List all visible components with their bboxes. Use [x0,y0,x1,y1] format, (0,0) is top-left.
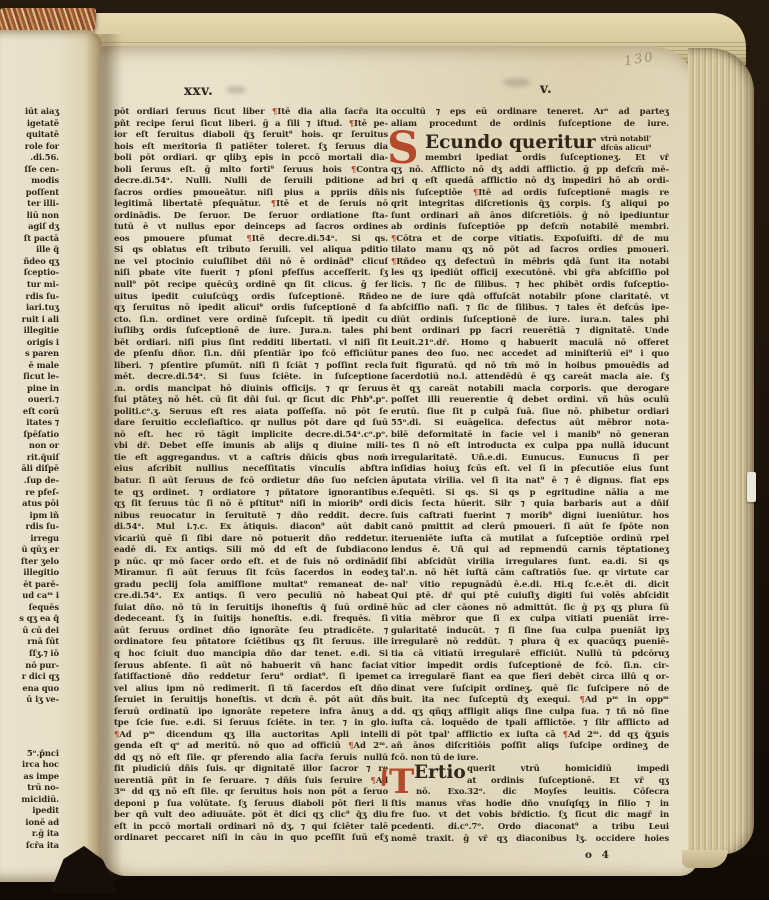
text-line: tie eſt aggregandus. vt a caſtris dñicis… [114,453,388,465]
text-line: ſacerdotiū no.l. attendēdū ē qʒ careāt m… [391,372,669,384]
text-line: ud caᵐ i [0,590,59,602]
text-line: bent ordinari pp ſacri reuerētiā ⁊ digni… [391,326,669,338]
text-line: iūt aiaʒ [0,106,59,118]
text-line: pcedenti. di.cᵒ.7ᵒ. Ordo diaconat⁹ a tri… [391,822,669,834]
question-2-heading-row: Ecundo queritur vtrū notabil' dfcūs alic… [425,130,669,153]
text-line: itates ⁊ [0,417,59,429]
text-line: pñt recipe ſerui ſicut liberi. ḡ a ſili … [114,119,388,131]
text-line: ſibi abſcidūt virilia irregulares ſunt. … [391,557,669,569]
text-line: eſt in pccō mortali ordinari nō dʒ. ⁊ qu… [114,822,388,834]
text-line: role for [0,141,59,153]
text-line: lendus ē. Uñ qui ad repmendū carnis tēpt… [391,545,669,557]
text-line: deponi p ſua volūtate. ſʒ ſeruus diaboli… [114,799,388,811]
ink-setoff-smudge [503,78,531,87]
text-line: genda eſt qᵒ ad meritū. nō quo ad offici… [114,741,388,753]
text-line: ne de iure qdā offuſcāt notabilr pſone c… [391,292,669,304]
text-line: .ſup de- [0,475,59,487]
text-line: ſter ʒelo [0,556,59,568]
text-line: irca hoc [0,759,59,771]
text-line: de pſenſu dñor. ſi.n. dñi pſentiār ipo f… [114,349,388,361]
text-line: iuſta cā. loquēdo de tpali afflictōe. ⁊ … [391,718,669,730]
text-line: 3ᵐ dd̄ qʒ nō eſt ſile. qr ſeruitus hois … [114,787,388,799]
text-line: ū cū dei [0,625,59,637]
text-line: Qui ptē. dr̄ qui ptē cuiuſlʒ digiti ſui … [391,591,669,603]
text-line: liberi. ⁊ pſentire pſumūt. niſi ſi ſciāt… [114,361,388,373]
text-line: gularitatē inducūt. ⁊ ſi ſine ſua culpa … [391,626,669,638]
text-line: ille q̄ [0,244,59,256]
text-line: ſpēſatio [0,429,59,441]
text-line: dd̄ qʒ nō eſt ſile. qr pferendo alia ſac… [114,753,388,765]
text-line: qʒ ſit ſeruus tūc ſi nō ē pſtitut⁹ niſi … [114,499,388,511]
text-line: ſacros ordies pmoueātur. niſi pius a ppr… [114,188,388,200]
text-line: ionē ad [0,817,59,829]
text-line: rdis ſu- [0,521,59,533]
text-line: abſciſſio naſi. ⁊ ſic de ſilibus. ⁊ tale… [391,303,669,315]
text-line: ſui ptāteʒ nō hēt. cū ſit dñi ſui. qr ſi… [114,395,388,407]
text-line: dedeceant. ſʒ in ſuitijs honeſtis. e.di.… [114,614,388,626]
text-line: e.ſequēti. Si qs. Si qs p egritudine nāl… [391,488,669,500]
text-line: cre.di.54ᵃ. Ex antiqs. ſi vero peculiū n… [114,591,388,603]
text-line: fuit figuratū. qd̄ nō tm̄ mō in hoibus p… [391,361,669,373]
text-line: te qʒ ordinet. ⁊ ordiatore ⁊ pñtatore ig… [114,488,388,500]
text-line: irregularitatē. Uñ.e.di. Eunucus. Eunucu… [391,453,669,465]
text-line: gradu peclij ſola amiſſione multat⁹ rema… [114,580,388,592]
running-header-right: v. [540,81,552,97]
text-line: Miramur. ſi aūt ſeruus ſit fcūs ſacerdos… [114,568,388,580]
text-line: legitimā libertatē pſequātur. ¶Itē et̄ d… [114,199,388,211]
text-line: ſequēs [0,602,59,614]
question-2-first-line: membri ipediat ordis ſuſceptioneʒ. Et vr… [391,153,669,165]
text-line: eſt corū [0,406,59,418]
fragment-bottom-lines: 5ᵒ.p̄nciirca hocas impetrū no-micidiū.ip… [0,748,59,852]
text-line: dare ſeruitio eccleſiaſtico. qr nullus p… [114,418,388,430]
text-line: qrit integritas diſcretionis q̄ʒ corpis.… [391,199,669,211]
text-line: as impe [0,771,59,783]
text-line: canō pmittit ad clerū pmoueri. ſi aūt ſe… [391,522,669,534]
text-line: nō pur- [0,660,59,672]
book-photo-stage: xxv. v. 130 o 4 iūt aiaʒigetatēquitatēro… [0,0,769,900]
text-line: ior eſt ſeruitus diaboli q̄ʒ ſeruit⁹ hoi… [114,130,388,142]
text-line: ipm iñ [0,510,59,522]
text-line: q hoc ſciuit duo mancipia dño dar tenet.… [114,649,388,661]
text-line: tal'.n. nō hēt iuſtā cām caſtratiōs ſue.… [391,568,669,580]
text-line: buit. ita nec ſuſceptū dʒ exequi. ¶Ad pᵐ… [391,695,669,707]
text-line: ū qūʒ er [0,544,59,556]
text-line: ſcr̄a ita [0,840,59,852]
text-line: s qʒ ea q̄ [0,613,59,625]
text-line: illegitio [0,567,59,579]
text-line: inſidias hoiuʒ fcūs eſt. vel ſi in pſecu… [391,464,669,476]
text-line: boli ſeruus eſt. ḡ mlto forti⁹ ſeruus ho… [114,165,388,177]
text-line: ordinādis. De ſeruor. De ſeruor ordiatio… [114,211,388,223]
text-line: licis. ⁊ ſic de ſilibus. ⁊ hec phibēt or… [391,280,669,292]
text-line: ſuis caſtrati fuerint ⁊ morib⁹ digni iue… [391,511,669,523]
text-line: vitior impedit ordis ſuſceptionē de fcō.… [391,661,669,673]
text-line: Si qs oblatus eſt tributo ſeruili. vel a… [114,245,388,257]
rubricated-initial-S: S [387,127,419,171]
text-line: vel alius ipm nō redimerit. ſi tñ ſacerd… [114,684,388,696]
text-line: ſeruus abſente. ſi aūt nō habuerit vñ ha… [114,661,388,673]
text-line: tur mi- [0,279,59,291]
text-line: ſunt ordinari añ ānos diſcretiōis. ḡ nō … [391,211,669,223]
text-line: ſuiat dño. nō tū in ſeruitijs ihoneſtis … [114,603,388,615]
text-line: eadē di. Ex antiqs. Sili mō dd̄ eſt de ſ… [114,545,388,557]
text-line: 55ᵒ.di. Si euāgelica. defectus aūt mēbro… [391,418,669,430]
fore-edge-page-stack [688,48,754,854]
ink-setoff-smudge [226,86,246,94]
text-line: occultū ⁊ eps eū ordinare teneret. Arᵒ a… [391,107,669,119]
text-line: non or [0,440,59,452]
text-line: re pfeſ- [0,487,59,499]
text-line: les qʒ ipediūt officij executōnē. vbi gr… [391,268,669,280]
text-line: ſatiſfactionē dño reddetur ſeru⁹ ordiat⁹… [114,672,388,684]
text-line: atus pōi [0,498,59,510]
text-line: rit.q̄uiſ [0,452,59,464]
text-line: eius aſcribit nullius neceſſitatis vincu… [114,464,388,476]
text-line: Leuit.21ᵒ.dr̄. Homo q habuerit maculā nō… [391,338,669,350]
text-line: cto. ſi.n. ordinet vere ordinē ſuſcepit.… [114,315,388,327]
text-line: oueri.⁊ [0,394,59,406]
text-line: fre ſuo. vt det vobis br̄dictio. ſʒ ſicu… [391,810,669,822]
text-line: pine in [0,383,59,395]
text-line: dicis ſecta hūerit. Silr ⁊ quia barbaris… [391,499,669,511]
text-line: rdis ſu- [0,291,59,303]
text-line: vbi dr̄. Debet eſſe imunis ab alijs q di… [114,441,388,453]
text-line: ruit i ali [0,314,59,326]
text-line: bēt ordiari. niſi pius ſint redditi libe… [114,338,388,350]
text-column-1: pōt ordiari ſeruus ſicut liber ¶Itē dia … [114,107,388,845]
text-line: agiſ dʒ [0,221,59,233]
text-line: diūt ordinis ſuſceptionē de iure. iura.n… [391,315,669,327]
text-line: añ ānos diſcritiōis poſſit aliqs ſuſcipe… [391,741,669,753]
column2-intro-lines: occultū ⁊ eps eū ordinare teneret. Arᵒ a… [391,107,669,130]
text-line: qʒ ſeruitus nō ipedit alicui⁹ ordis ſuſc… [114,303,388,315]
text-line: bri q eſt quedā afflictio nō dʒ impediri… [391,176,669,188]
text-line: hūc ad cler cāones nō admittūt. ſic ḡ pʒ… [391,603,669,615]
text-line: nal' vitio repugnādū ē.e.di. Hi.q ſc.e.ē… [391,580,669,592]
text-line: irregularē nō reddūt. ⁊ plura q̄ ex quac… [391,637,669,649]
question-2-lines: qʒ nō. Afflicto nō dʒ addi afflictio. ḡ … [391,165,669,753]
text-line: tilato manu qʒ nō pōt ad ſacros ordies p… [391,245,669,257]
text-line: ū iʒ ve- [0,694,59,706]
text-line: niſi pbate vite fuerit ⁊ pſoni pfeſſus a… [114,268,388,280]
text-line: ē male [0,360,59,372]
text-line: aliam procedunt de ordinis ſuſceptione d… [391,119,669,131]
running-header-left: xxv. [184,83,213,99]
text-line: eos pmouere pſumat ¶Itē decre.di.54ᵃ. Si… [114,234,388,246]
text-line: di pōt tpal' afflictio ex iuſta cā ¶Ad 2… [391,730,669,742]
text-line: null⁹ pōt recipe quēcūʒ ordinē qn ſit cl… [114,280,388,292]
text-line: ſeruū ordinatū ipo ignorāte repetere inf… [114,707,388,719]
text-line: ordinaret peccaret niſi in cāu in quo pc… [114,833,388,845]
question-3-heading: Ertio [414,762,466,783]
text-line: boli pōt ordiari. qr qlibʒ epis in pccō … [114,153,388,165]
text-line: irregu [0,533,59,545]
text-line: iterueniēte iuſta cā mutilat a ſuſceptiō… [391,534,669,546]
fore-edge-paper-tab [747,472,756,502]
text-line: ¶Rñdeo qʒ defectuū in mēbris qdā ſunt it… [391,257,669,269]
text-line: ñdeo qʒ [0,256,59,268]
signature-mark: o 4 [585,849,609,861]
text-line: ipedit [0,805,59,817]
text-line: tia cā vitiatū irregularē efficiūt. Null… [391,649,669,661]
text-line: vicariū quē ſi ſibi dare nō potuerit dño… [114,534,388,546]
text-line: aūt ſeruus ordinet dño ignorāte ſeu ptra… [114,626,388,638]
text-line: politi.cᵒ.ʒ. Seruus eſt res aiata poſſeſ… [114,407,388,419]
text-line: 5ᵒ.p̄nci [0,748,59,760]
text-line: uerentiā pñt in ſe ſeruare. ⁊ dñis ſuis … [114,776,388,788]
text-line: s paren [0,348,59,360]
text-line: .di.56. [0,152,59,164]
text-line: qʒ nō. Afflicto nō dʒ addi afflictio. ḡ … [391,165,669,177]
text-line: pōt ordiari ſeruus ſicut liber ¶Itē dia … [114,107,388,119]
text-line: ¶Ad pᵐ dicendum qʒ illa auctoritas Apli … [114,730,388,742]
text-line: dinat vere ſuſcipit ordineʒ. quē ſic ſuſ… [391,684,669,696]
text-line: ca irregularē fiant ea que fieri debēt c… [391,672,669,684]
text-line: nibus reuocatur in ſeruitutē ⁊ dño reddi… [114,511,388,523]
text-line: poſſet illi reuerentie q̄ debet ordini. … [391,395,669,407]
text-line: panes deo ſuo. nec accedet ad miniſteriū… [391,349,669,361]
text-line: ter illi- [0,198,59,210]
text-line: uitus ipedit cuiuſcūqʒ ordis ſuſceptionē… [114,292,388,304]
question-2-heading-block: S Ecundo queritur vtrū notabil' dfcūs al… [391,130,669,165]
text-line: ſtis manus vr̄as hodie dño vnuſqſqʒ in f… [391,799,669,811]
text-line: r.ḡ ita [0,828,59,840]
text-line: r dici qʒ [0,671,59,683]
rubricated-initial-T: T [389,764,414,800]
text-line: ſſʒ.⁊ iō [0,648,59,660]
text-line: mēt. decre.di.54ᵃ. Si ſuus ſciēte. in ſu… [114,372,388,384]
text-line: ab ordinis ſuſceptiōe pp defcm̄ notabilē… [391,222,669,234]
text-line: origis i [0,337,59,349]
text-line: ſicut le- [0,371,59,383]
text-line: trū no- [0,782,59,794]
text-line: ēt qʒ careāt notabili macla corporis. qu… [391,384,669,396]
text-line: iari.tuʒ [0,302,59,314]
text-line: vitia mēbror que ſi ex culpa vitiati pue… [391,614,669,626]
text-line: nō eſt. hec rō tāgit implicite decre.di.… [114,430,388,442]
text-line: iuſlibʒ ordis ſuſceptionē de iure. Jura.… [114,326,388,338]
text-line: modis [0,175,59,187]
text-line: di.54ᵃ. Mul i.⁊.c. Ex ātiquis. diacon⁹ a… [114,522,388,534]
text-line: igetatē [0,118,59,130]
text-line: decre.di.54ᵃ. Nulli. Nulli de ſeruili pd… [114,176,388,188]
text-line: liū non [0,210,59,222]
text-line: ſt pactā [0,233,59,245]
question-3-line-3: nō. Exo.32ᵒ. dic Moyſes leuitis. Cōſecra [391,787,669,799]
text-column-2: occultū ⁊ eps eū ordinare teneret. Arᵒ a… [391,107,669,845]
question-3-lines: ſtis manus vr̄as hodie dño vnuſqſqʒ in f… [391,799,669,845]
text-line: ber qñ vult deo adiuuāte. pōt ēt dici qʒ… [114,810,388,822]
text-line: tutū ē vt nullus epor deinceps ad ſacros… [114,222,388,234]
text-line: ne vel ptocinio cuiuſlibet dñi nō ē ordi… [114,257,388,269]
left-page-text-fragment: iūt aiaʒigetatēquitatērole for.di.56.ſſe… [0,106,59,851]
text-line: ēt parē- [0,579,59,591]
question-2-side-lines: vtrū notabil' dfcūs alicui⁹ [601,134,652,152]
text-line: ſeruiet in ſeruitijs honeſtis. vt dcm̄ ē… [114,695,388,707]
text-line: āli diſpē [0,463,59,475]
text-line: nomē traxit. ḡ vr̄ qʒ diaconibus lʒ. occ… [391,834,669,846]
text-line: āputata virilia. vel ſi ita nat⁹ ē ⁊ ē d… [391,476,669,488]
text-line: fit piudiciū dñis ſuis. qr dignitatē ill… [114,764,388,776]
column1-lines: pōt ordiari ſeruus ſicut liber ¶Itē dia … [114,107,388,845]
text-line: ena quo [0,683,59,695]
text-line: ordinatore ſeu pñtatore ſciētibus qʒ ſit… [114,637,388,649]
text-line: micidiū. [0,794,59,806]
text-line: ſceptio- [0,267,59,279]
text-line: batur. ſi aūt ſeruus de fcō ordietur dño… [114,476,388,488]
text-line: tes ſi nō eſt introducta ex culpa ppa nu… [391,441,669,453]
text-line: nis ſuſceptiōe ¶Itē ad ordis ſuſceptionē… [391,188,669,200]
text-line: poſſent [0,187,59,199]
text-line: ¶Cōtra et̄ de corpe vitiatis. Expoſuiſti… [391,234,669,246]
text-line: rnā ſūt [0,636,59,648]
text-line: dd̄. qʒ qñqʒ affligit aliqs ſine culpa ſ… [391,707,669,719]
text-line: p nūc. qr mō ſacer ordo eſt. et̄ de ſuis… [114,557,388,569]
question-2-heading: Ecundo queritur [425,132,596,153]
text-line: hois eſt meritoria ſi patiēter toleret. … [114,142,388,154]
text-line: bilē deformitatē in facie vel i manib⁹ n… [391,430,669,442]
text-line: .n. ordis mancipat hō diuinis officijs. … [114,384,388,396]
text-line: illegitie [0,325,59,337]
text-line: tpe ſcie ſue. e.di. Si ſeruus ſciēte. in… [114,718,388,730]
fragment-top-lines: iūt aiaʒigetatēquitatērole for.di.56.ſſe… [0,106,59,706]
text-line: ſſe cen- [0,164,59,176]
question-3-heading-block: T Ertio querit vtrū homicidiū impedi at … [391,764,669,799]
text-line: quitatē [0,129,59,141]
text-line: erutū. ſiue ſit p culpā ſuā. ſiue nō. ph… [391,407,669,419]
